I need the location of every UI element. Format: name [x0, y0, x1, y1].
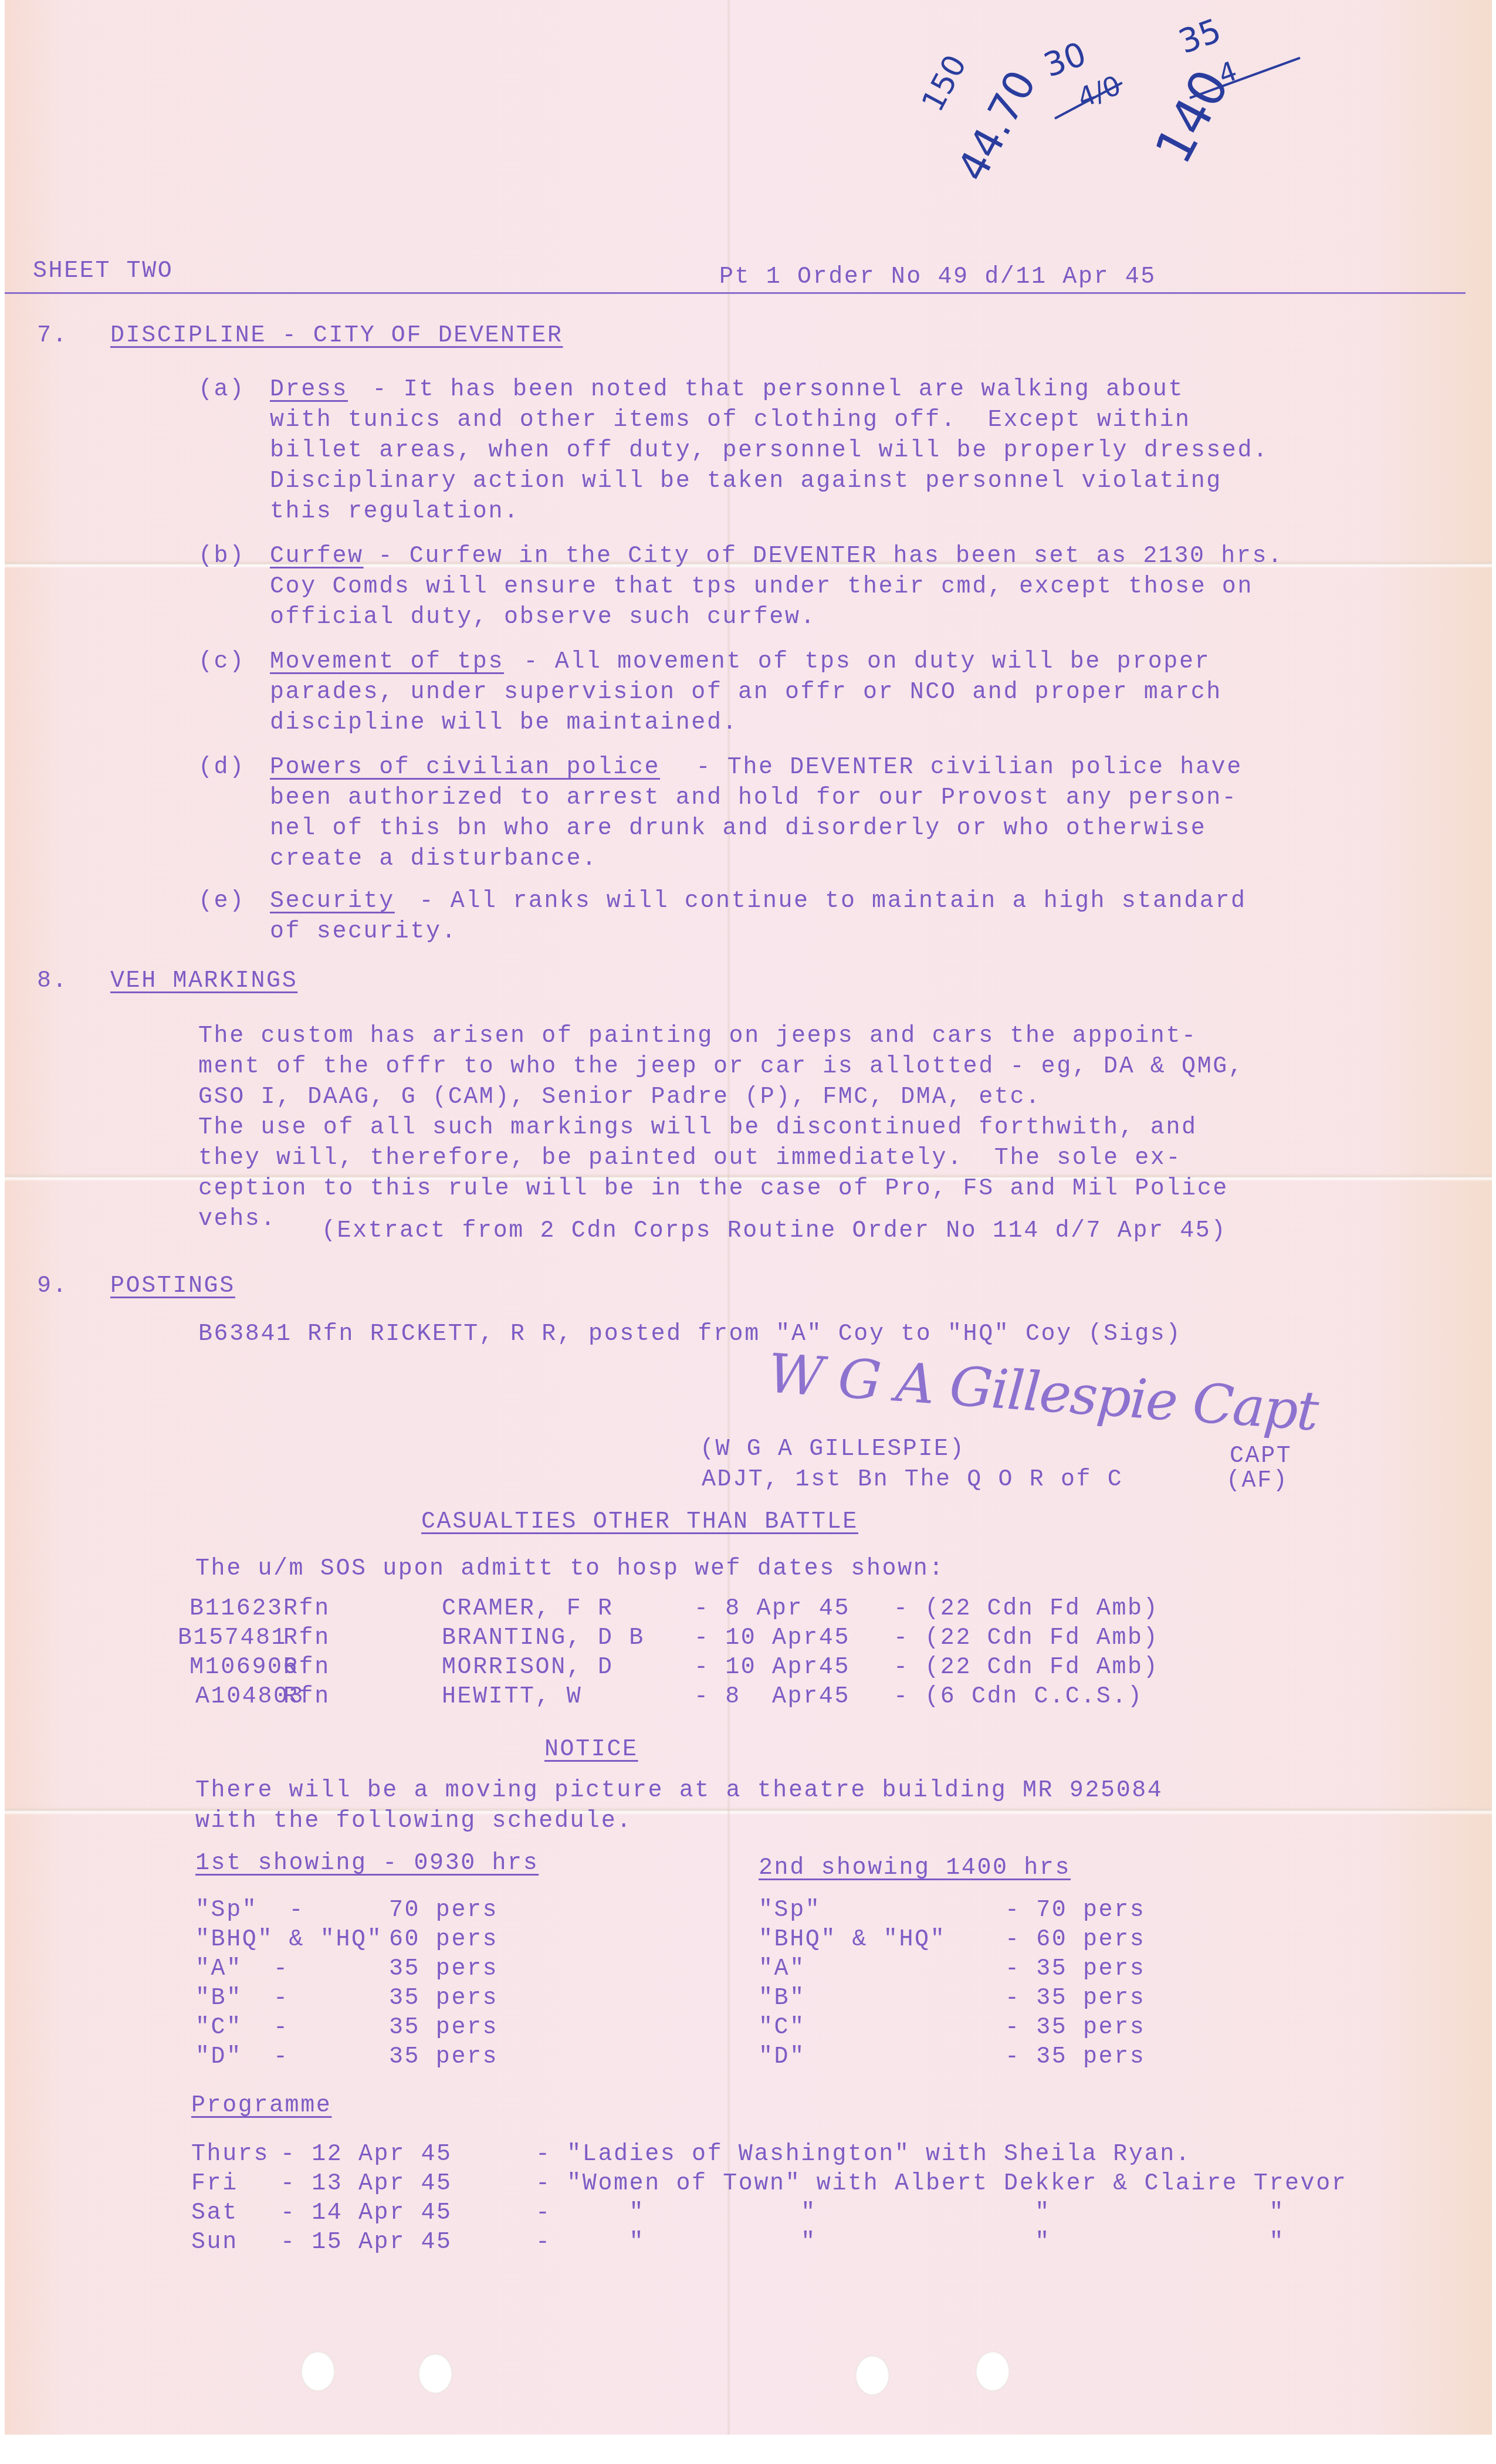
body-line: vehs. — [198, 1205, 276, 1234]
group: "B" — [759, 1984, 805, 2013]
notice-text: with the following schedule. — [195, 1807, 632, 1836]
item-label: (d) — [198, 753, 245, 783]
punch-hole — [976, 2351, 1010, 2391]
item-text: - All movement of tps on duty will be pr… — [508, 648, 1210, 677]
day: Thurs — [191, 2140, 269, 2169]
unit: - (22 Cdn Fd Amb) — [893, 1653, 1159, 1683]
group: "Sp" — [759, 1896, 821, 1925]
casualties-title: CASUALTIES OTHER THAN BATTLE — [421, 1508, 858, 1537]
name: BRANTING, D B — [442, 1624, 645, 1653]
programme-title: Programme — [191, 2091, 331, 2121]
service-number: B11623 — [189, 1595, 283, 1624]
header-rule — [5, 292, 1465, 294]
item-label: (e) — [198, 887, 245, 916]
item-text: Disciplinary action will be taken agains… — [270, 467, 1222, 496]
signatory-unit-note: (AF) — [1226, 1467, 1288, 1496]
date: - 8 Apr45 — [694, 1683, 850, 1712]
count: - 35 pers — [1005, 2043, 1145, 2072]
body-line: The custom has arisen of painting on jee… — [198, 1022, 1197, 1051]
day: Fri — [191, 2169, 238, 2199]
service-number: B157481 — [178, 1624, 287, 1653]
film: - " " " " — [536, 2228, 1285, 2257]
date: - 15 Apr 45 — [280, 2228, 452, 2257]
count: 70 pers — [389, 1896, 498, 1925]
item-text: been authorized to arrest and hold for o… — [270, 784, 1237, 813]
group: "BHQ" & "HQ" — [759, 1925, 946, 1955]
group: "Sp" - — [195, 1896, 304, 1925]
group: "C" — [759, 2013, 805, 2043]
date: - 12 Apr 45 — [280, 2140, 452, 2169]
day: Sun — [191, 2228, 238, 2257]
group: "D" — [759, 2043, 805, 2072]
name: MORRISON, D — [442, 1653, 614, 1683]
note-4-0: 4/0 — [1074, 69, 1125, 114]
section-number: 7. — [37, 321, 68, 351]
item-heading: Curfew — [270, 542, 364, 571]
punch-hole — [418, 2354, 452, 2394]
count: - 60 pers — [1005, 1925, 1145, 1955]
item-text: billet areas, when off duty, personnel w… — [270, 436, 1269, 466]
source-citation: (Extract from 2 Cdn Corps Routine Order … — [321, 1217, 1227, 1246]
section-title: DISCIPLINE - CITY OF DEVENTER — [110, 321, 563, 351]
count: 35 pers — [389, 1955, 498, 1984]
group: "A" - — [195, 1955, 289, 1984]
signatory-name: (W G A GILLESPIE) — [700, 1435, 965, 1464]
notice-text: There will be a moving picture at a thea… — [195, 1776, 1163, 1806]
item-text: with tunics and other items of clothing … — [270, 406, 1191, 435]
count: 35 pers — [389, 1984, 498, 2013]
film: - " " " " — [536, 2199, 1285, 2228]
date: - 14 Apr 45 — [280, 2199, 452, 2228]
unit: - (22 Cdn Fd Amb) — [893, 1624, 1159, 1653]
body-line: GSO I, DAAG, G (CAM), Senior Padre (P), … — [198, 1083, 1041, 1112]
showing-heading: 1st showing - 0930 hrs — [195, 1849, 539, 1879]
punch-hole — [855, 2355, 889, 2395]
body-line: The use of all such markings will be dis… — [198, 1113, 1197, 1143]
day: Sat — [191, 2199, 238, 2228]
item-text: of security. — [270, 918, 457, 947]
item-text: discipline will be maintained. — [270, 709, 738, 738]
document-page: 150 30 4/0 44.70 35 4 140 SHEET TWO Pt 1… — [5, 0, 1492, 2435]
item-heading: Movement of tps — [270, 648, 504, 677]
count: 35 pers — [389, 2043, 498, 2072]
item-text: official duty, observe such curfew. — [270, 603, 816, 632]
rank: Rfn — [283, 1624, 330, 1653]
body-line: ception to this rule will be in the case… — [198, 1175, 1228, 1204]
item-text: nel of this bn who are drunk and disorde… — [270, 814, 1206, 844]
unit: - (6 Cdn C.C.S.) — [893, 1683, 1143, 1712]
count: - 35 pers — [1005, 1955, 1145, 1984]
count: - 35 pers — [1005, 2013, 1145, 2043]
group: "D" - — [195, 2043, 289, 2072]
body-line: they will, therefore, be painted out imm… — [198, 1144, 1182, 1173]
note-30: 30 — [1039, 35, 1091, 85]
item-heading: Powers of civilian police — [270, 753, 660, 783]
date: - 13 Apr 45 — [280, 2169, 452, 2199]
note-150: 150 — [915, 49, 974, 117]
group: "C" - — [195, 2013, 289, 2043]
item-text: parades, under supervision of an offr or… — [270, 678, 1222, 708]
count: 35 pers — [389, 2013, 498, 2043]
group: "A" — [759, 1955, 805, 1984]
count: - 70 pers — [1005, 1896, 1145, 1925]
showing-heading: 2nd showing 1400 hrs — [759, 1854, 1071, 1883]
order-reference: Pt 1 Order No 49 d/11 Apr 45 — [719, 263, 1156, 292]
film: - "Women of Town" with Albert Dekker & C… — [536, 2169, 1347, 2199]
item-text: this regulation. — [270, 497, 520, 527]
date: - 10 Apr45 — [694, 1624, 850, 1653]
unit: - (22 Cdn Fd Amb) — [893, 1595, 1159, 1624]
body-line: ment of the offr to who the jeep or car … — [198, 1052, 1244, 1082]
service-number: M106906 — [189, 1653, 299, 1683]
item-label: (b) — [198, 542, 245, 571]
signature-handwritten: W G A Gillespie Capt — [766, 1342, 1319, 1443]
section-title: VEH MARKINGS — [110, 967, 297, 996]
film: - "Ladies of Washington" with Sheila Rya… — [536, 2140, 1191, 2169]
rank: Rfn — [283, 1595, 330, 1624]
item-heading: Dress — [270, 375, 348, 405]
casualties-intro: The u/m SOS upon admitt to hosp wef date… — [195, 1555, 945, 1584]
item-text: - It has been noted that personnel are w… — [357, 375, 1184, 405]
punch-hole — [301, 2351, 335, 2391]
item-text: - All ranks will continue to maintain a … — [404, 887, 1247, 916]
posting-line: B63841 Rfn RICKETT, R R, posted from "A"… — [198, 1320, 1182, 1349]
notice-title: NOTICE — [544, 1735, 638, 1765]
name: CRAMER, F R — [442, 1595, 614, 1624]
date: - 8 Apr 45 — [694, 1595, 850, 1624]
signatory-appointment: ADJT, 1st Bn The Q O R of C — [702, 1465, 1123, 1495]
date: - 10 Apr45 — [694, 1653, 850, 1683]
rank: Rfn — [283, 1683, 330, 1712]
name: HEWITT, W — [442, 1683, 582, 1712]
group: "B" - — [195, 1984, 289, 2013]
count: - 35 pers — [1005, 1984, 1145, 2013]
group: "BHQ" & "HQ" — [195, 1925, 383, 1955]
item-label: (a) — [198, 375, 245, 405]
rank: Rfn — [283, 1653, 330, 1683]
item-label: (c) — [198, 648, 245, 677]
item-text: - Curfew in the City of DEVENTER has bee… — [363, 542, 1284, 571]
item-text: - The DEVENTER civilian police have — [681, 753, 1243, 783]
item-text: create a disturbance. — [270, 845, 598, 874]
section-number: 9. — [37, 1272, 68, 1301]
section-title: POSTINGS — [110, 1272, 235, 1301]
section-number: 8. — [37, 967, 68, 996]
item-heading: Security — [270, 887, 395, 916]
note-35: 35 — [1174, 12, 1226, 62]
item-text: Coy Comds will ensure that tps under the… — [270, 573, 1253, 602]
count: 60 pers — [389, 1925, 498, 1955]
sheet-label: SHEET TWO — [33, 257, 173, 286]
